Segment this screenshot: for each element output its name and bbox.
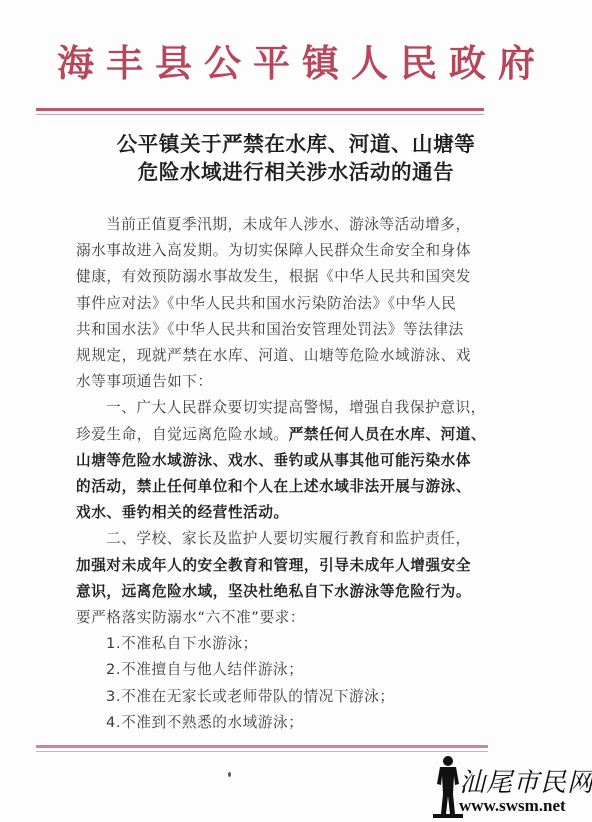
- section-one-line: 一、广大人民群众要切实提高警惕，增强自我保护意识，: [76, 395, 484, 421]
- list-item: 3.不准在无家长或老师带队的情况下游泳；: [76, 684, 484, 710]
- letterhead-thin-rule: [36, 114, 484, 115]
- notice-body: 当前正值夏季汛期，未成年人涉水、游泳等活动增多， 溺水事故进入高发期。为切实保障…: [76, 212, 484, 736]
- title-line-2: 危险水域进行相关涉水活动的通告: [0, 158, 592, 186]
- intro-line: 事件应对法》《中华人民共和国水污染防治法》《中华人民: [76, 291, 484, 317]
- section-one-line: 山塘等危险水域游泳、戏水、垂钓或从事其他可能污染水体: [76, 448, 484, 474]
- document-page: 海丰县公平镇人民政府 公平镇关于严禁在水库、河道、山塘等 危险水域进行相关涉水活…: [0, 0, 592, 822]
- title-line-1: 公平镇关于严禁在水库、河道、山塘等: [0, 130, 592, 158]
- watermark-url: www.swsm.net: [459, 796, 566, 816]
- intro-paragraph: 当前正值夏季汛期，未成年人涉水、游泳等活动增多， 溺水事故进入高发期。为切实保障…: [76, 212, 484, 395]
- section-one: 一、广大人民群众要切实提高警惕，增强自我保护意识， 珍爱生命，自觉远离危险水域。…: [76, 395, 484, 526]
- letterhead-red-rule: [36, 108, 484, 111]
- site-watermark: 汕尾市民网 www.swsm.net: [425, 752, 592, 822]
- letterhead-issuer: 海丰县公平镇人民政府: [0, 38, 592, 88]
- section-two-line: 二、学校、家长及监护人要切实履行教育和监护责任，: [76, 526, 484, 552]
- section-one-line: 珍爱生命，自觉远离危险水域。严禁任何人员在水库、河道、: [76, 422, 484, 448]
- notice-title: 公平镇关于严禁在水库、河道、山塘等 危险水域进行相关涉水活动的通告: [0, 130, 592, 186]
- list-item: 4.不准到不熟悉的水域游泳；: [76, 710, 484, 736]
- intro-line: 水等事项通告如下：: [76, 369, 484, 395]
- section-one-line: 的活动，禁止任何单位和个人在上述水域非法开展与游泳、: [76, 474, 484, 500]
- list-item: 2.不准擅自与他人结伴游泳；: [76, 657, 484, 683]
- intro-line: 共和国水法》《中华人民共和国治安管理处罚法》等法律法: [76, 317, 484, 343]
- intro-line: 规规定，现就严禁在水库、河道、山塘等危险水域游泳、戏: [76, 343, 484, 369]
- section-two-line: 意识，远离危险水域，坚决杜绝私自下水游泳等危险行为。: [76, 579, 484, 605]
- watermark-site-name: 汕尾市民网: [459, 762, 592, 799]
- intro-line: 当前正值夏季汛期，未成年人涉水、游泳等活动增多，: [76, 212, 484, 238]
- footer-thin-rule: [36, 751, 488, 752]
- section-two-line: 加强对未成年人的安全教育和管理，引导未成年人增强安全: [76, 553, 484, 579]
- section-two: 二、学校、家长及监护人要切实履行教育和监护责任， 加强对未成年人的安全教育和管理…: [76, 526, 484, 631]
- page-speck: [228, 772, 231, 777]
- intro-line: 溺水事故进入高发期。为切实保障人民群众生命安全和身体: [76, 238, 484, 264]
- section-one-line: 戏水、垂钓相关的经营性活动。: [76, 500, 484, 526]
- section-one-emphasis: 严禁任何人员在水库、河道、: [289, 426, 487, 443]
- section-two-line: 要严格落实防溺水“六不准”要求：: [76, 605, 484, 631]
- footer-red-rule: [36, 745, 488, 748]
- six-prohibitions-list: 1.不准私自下水游泳； 2.不准擅自与他人结伴游泳； 3.不准在无家长或老师带队…: [76, 631, 484, 736]
- intro-line: 健康，有效预防溺水事故发生，根据《中华人民共和国突发: [76, 264, 484, 290]
- list-item: 1.不准私自下水游泳；: [76, 631, 484, 657]
